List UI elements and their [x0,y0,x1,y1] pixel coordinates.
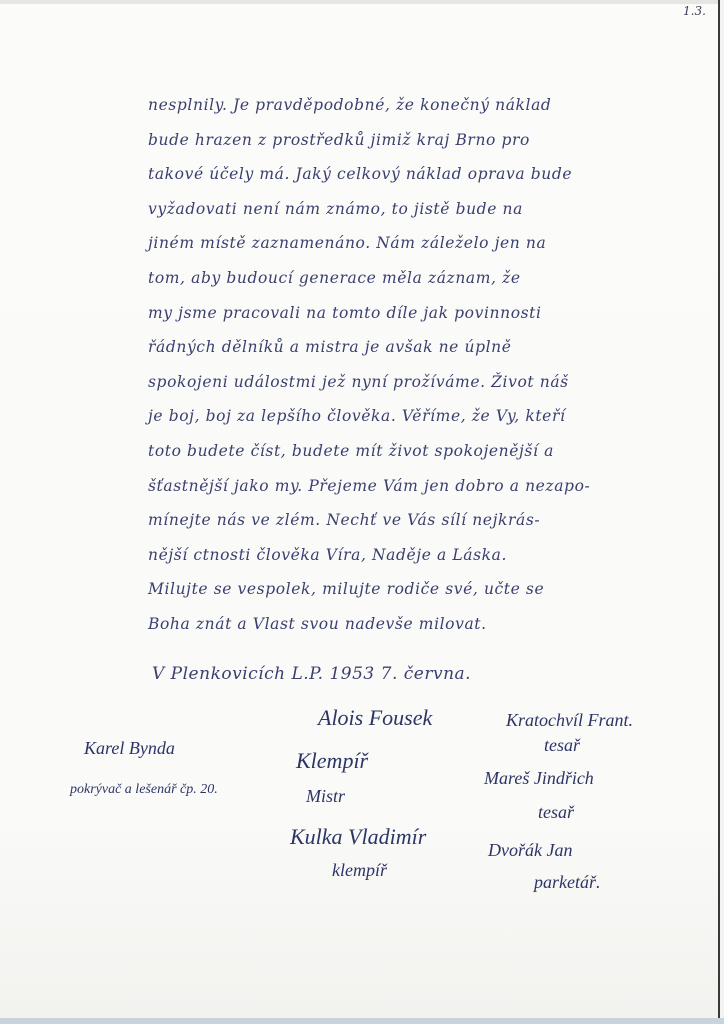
signature-role: tesař [544,735,580,756]
text-line: spokojeni událostmi jež nyní prožíváme. … [148,365,708,400]
date-place-line: V Plenkovicích L.P. 1953 7. června. [152,664,471,684]
text-line: vyžadovati není nám známo, to jistě bude… [148,192,708,227]
signature-name: Karel Bynda [84,738,175,759]
text-line: bude hrazen z prostředků jimiž kraj Brno… [148,123,708,158]
text-line: tom, aby budoucí generace měla záznam, ž… [148,261,708,296]
signature-name: Dvořák Jan [488,840,572,861]
text-line: mínejte nás ve zlém. Nechť ve Vás sílí n… [148,503,708,538]
text-line: řádných dělníků a mistra je avšak ne úpl… [148,330,708,365]
signature-name: Kulka Vladimír [290,824,426,850]
signature-role: klempíř [332,860,387,881]
document-page: 1.3. nesplnily. Je pravděpodobné, že kon… [0,0,720,1018]
text-line: Milujte se vespolek, milujte rodiče své,… [148,572,708,607]
signature-role: parketář. [534,872,601,893]
text-line: toto budete číst, budete mít život spoko… [148,434,708,469]
signature-name: Kratochvíl Frant. [506,710,633,731]
signature-name: Klempíř [296,748,368,774]
text-line: nější ctnosti člověka Víra, Naděje a Lás… [148,538,708,573]
page-top-edge [0,0,718,4]
text-line: takové účely má. Jaký celkový náklad opr… [148,157,708,192]
signature-role: Mistr [306,786,345,807]
handwritten-body-text: nesplnily. Je pravděpodobné, že konečný … [148,88,708,642]
text-line: jiném místě zaznamenáno. Nám záleželo je… [148,226,708,261]
signature-role: pokrývač a lešenář čp. 20. [70,782,218,798]
signature-role: tesař [538,802,574,823]
page-number: 1.3. [683,4,706,18]
text-line: Boha znát a Vlast svou nadevše milovat. [148,607,708,642]
scan-bottom-edge [0,1018,724,1024]
text-line: šťastnější jako my. Přejeme Vám jen dobr… [148,469,708,504]
signature-name: Alois Fousek [318,705,432,731]
text-line: nesplnily. Je pravděpodobné, že konečný … [148,88,708,123]
signature-name: Mareš Jindřich [484,768,594,789]
text-line: je boj, boj za lepšího člověka. Věříme, … [148,399,708,434]
text-line: my jsme pracovali na tomto díle jak povi… [148,296,708,331]
